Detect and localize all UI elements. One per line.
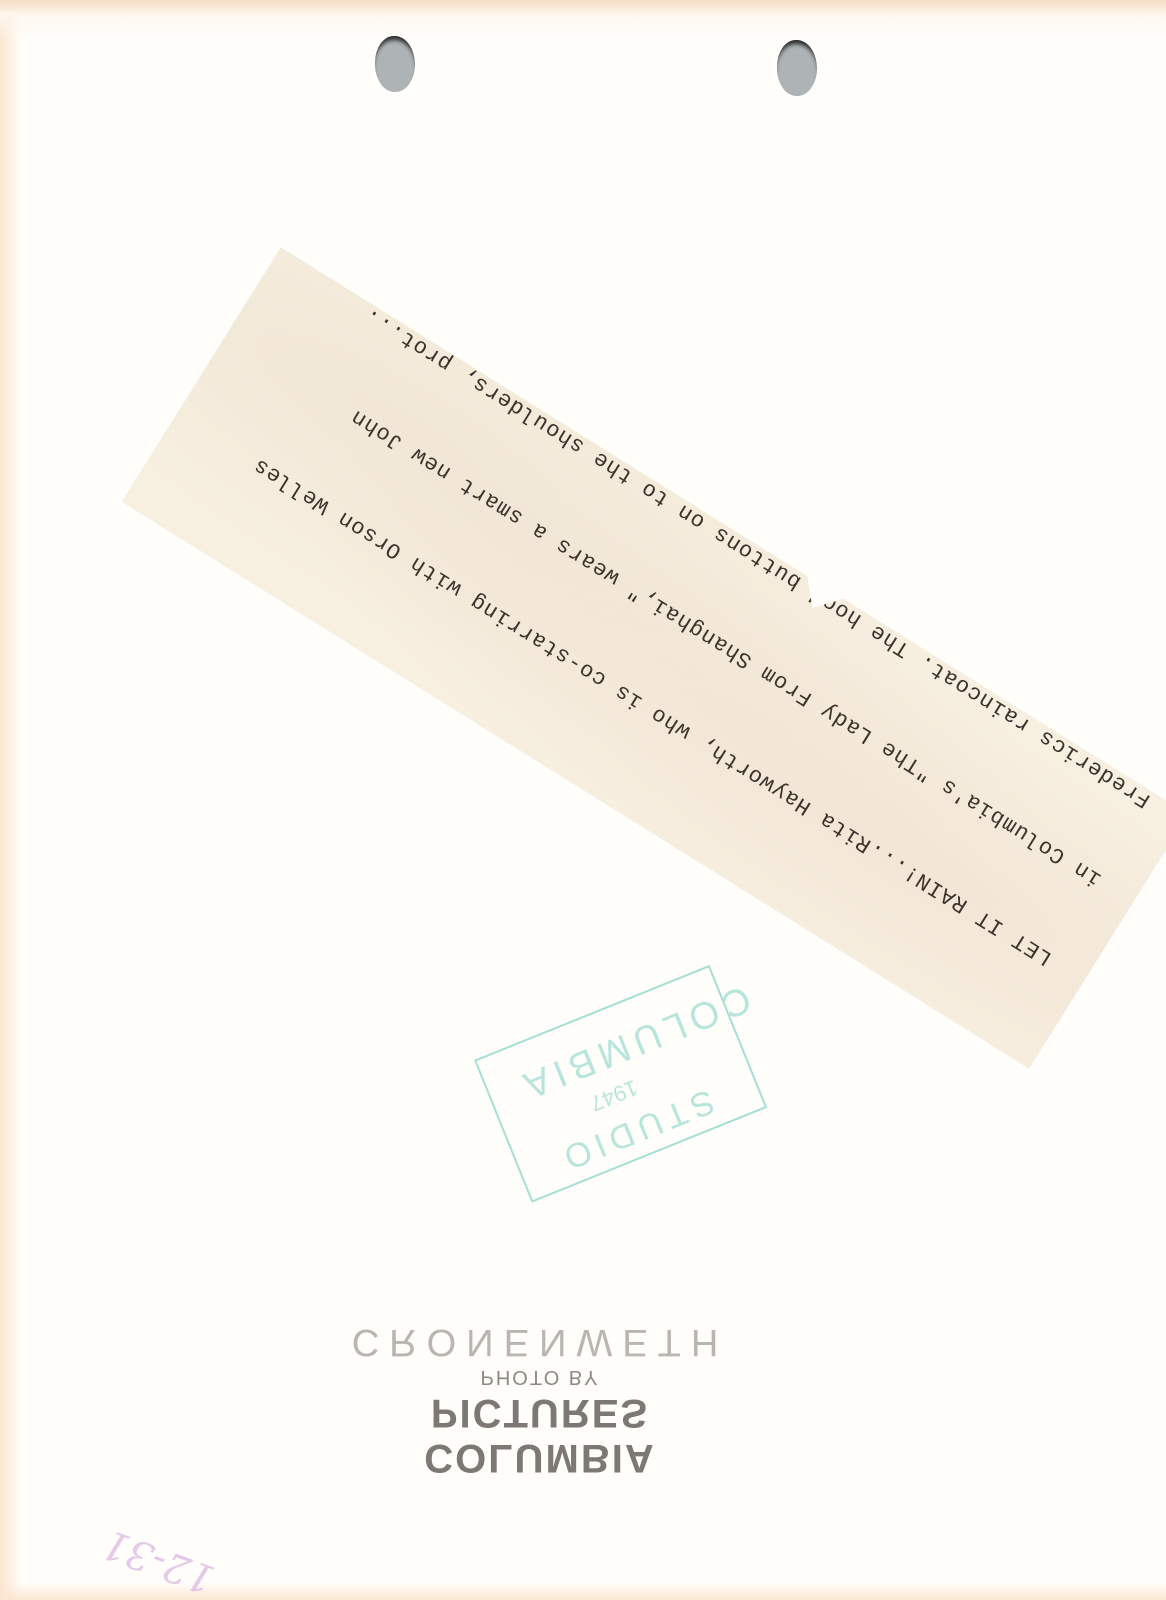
binder-hole-right: [777, 40, 817, 96]
pencil-annotation: 12-31: [8, 1427, 243, 1600]
received-date-stamp: COLUMBIA 1947 STUDIO: [474, 965, 767, 1203]
stamp-company: COLUMBIA PICTURES: [340, 1390, 740, 1480]
caption-line: in Columbia's "The Lady From Shanghai," …: [243, 338, 1107, 894]
caption-text: LET IT RAIN!...Rita Hayworth, who is co-…: [161, 0, 1166, 1025]
caption-line: free to cope with bundles or an umbrella…: [440, 22, 1166, 578]
stamp-photo-by: PHOTO BY: [340, 1365, 740, 1388]
caption-line: Frederics raincoat. The hood buttons on …: [292, 259, 1156, 815]
caption-line: LET IT RAIN!...Rita Hayworth, who is co-…: [194, 417, 1058, 973]
caption-snipe: LET IT RAIN!...Rita Hayworth, who is co-…: [122, 247, 1166, 1068]
binder-hole-left: [375, 36, 415, 92]
photo-credit-stamp: COLUMBIA PICTURES PHOTO BY CRONENWETH: [340, 1340, 740, 1480]
photo-back-page: LET IT RAIN!...Rita Hayworth, who is co-…: [0, 0, 1166, 1600]
stamp-photographer: CRONENWETH: [340, 1320, 740, 1363]
